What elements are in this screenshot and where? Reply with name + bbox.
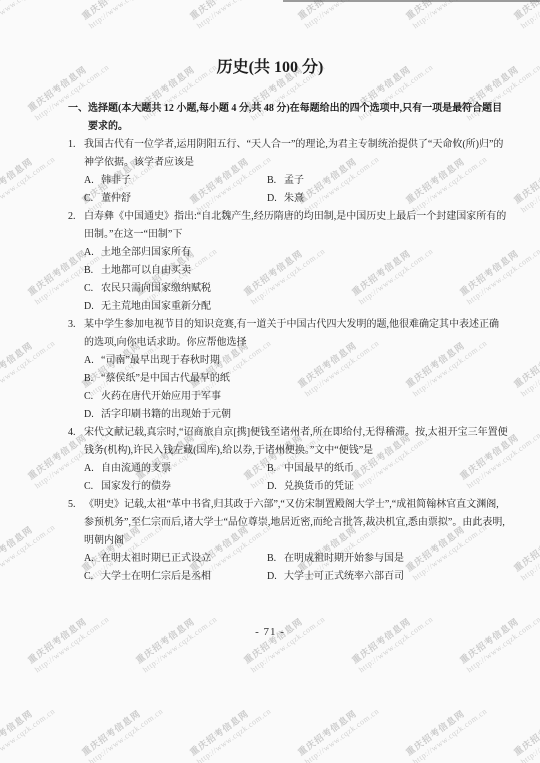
option-label: A. [84, 244, 101, 262]
watermark-site-name: 重庆招考信息网 [189, 0, 267, 21]
watermark-site-name: 重庆招考信息网 [81, 0, 159, 21]
watermark-url: http://www.cqzk.com.cn [88, 707, 165, 763]
option-label: C. [84, 568, 101, 586]
watermark-site-name: 重庆招考信息网 [189, 698, 267, 758]
option-a: A.“司南”最早出现于春秋时期 [84, 352, 508, 370]
option-label: D. [267, 190, 284, 208]
watermark-url: http://www.cqzk.com.cn [0, 707, 57, 763]
option-text: 在明成祖时期开始参与国是 [284, 553, 404, 564]
option-text: 大学士可正式统率六部百司 [284, 571, 404, 582]
watermark-tile: 重庆招考信息网http://www.cqzk.com.cn [189, 0, 273, 30]
option-a: A.自由流通的支票 [84, 460, 267, 478]
watermark-site-name: 重庆招考信息网 [513, 0, 540, 21]
option-text: 孟子 [284, 175, 304, 186]
option-text: 兑换货币的凭证 [284, 481, 354, 492]
watermark-tile: 重庆招考信息网http://www.cqzk.com.cn [297, 0, 381, 30]
question-stem: 1.我国古代有一位学者,运用阴阳五行、“天人合一”的理论,为君主专制统治提供了“… [68, 136, 508, 172]
option-label: C. [84, 478, 101, 496]
watermark-url: http://www.cqzk.com.cn [196, 0, 273, 30]
option-label: B. [84, 262, 101, 280]
watermark-tile: 重庆招考信息网http://www.cqzk.com.cn [513, 0, 540, 30]
option-label: A. [84, 550, 101, 568]
options-list: A.“司南”最早出现于春秋时期 B.“蔡侯纸”是中国古代最早的纸 C.火药在唐代… [68, 352, 508, 424]
option-d: D.兑换货币的凭证 [267, 478, 508, 496]
option-label: D. [84, 298, 101, 316]
watermark-tile: 重庆招考信息网http://www.cqzk.com.cn [81, 0, 165, 30]
question-number: 1. [68, 136, 84, 154]
question-4: 4.宋代文献记载,真宗时,“诏商旅自京[携]便钱至诸州者,所在即给付,无得稽滞。… [68, 424, 508, 496]
option-text: 自由流通的支票 [101, 463, 171, 474]
options-list: A.自由流通的支票 B.中国最早的纸币 C.国家发行的债券 D.兑换货币的凭证 [68, 460, 508, 496]
question-number: 5. [68, 496, 84, 514]
watermark-tile: 重庆招考信息网http://www.cqzk.com.cn [405, 698, 489, 763]
options-list: A.韩非子 B.孟子 C.董仲舒 D.朱熹 [68, 172, 508, 208]
watermark-url: http://www.cqzk.com.cn [304, 0, 381, 30]
option-text: 韩非子 [101, 175, 131, 186]
watermark-tile: 重庆招考信息网http://www.cqzk.com.cn [513, 698, 540, 763]
watermark-tile: 重庆招考信息网http://www.cqzk.com.cn [0, 0, 57, 30]
watermark-tile: 重庆招考信息网http://www.cqzk.com.cn [81, 698, 165, 763]
watermark-url: http://www.cqzk.com.cn [412, 0, 489, 30]
option-b: B.“蔡侯纸”是中国古代最早的纸 [84, 370, 508, 388]
watermark-site-name: 重庆招考信息网 [0, 0, 50, 21]
question-stem: 4.宋代文献记载,真宗时,“诏商旅自京[携]便钱至诸州者,所在即给付,无得稽滞。… [68, 424, 508, 460]
option-text: 朱熹 [284, 193, 304, 204]
question-stem: 2.白寿彝《中国通史》指出:“自北魏产生,经历隋唐的均田制,是中国历史上最后一个… [68, 208, 508, 244]
option-text: 在明太祖时期已正式设立 [101, 553, 211, 564]
option-text: 火药在唐代开始应用于军事 [101, 391, 221, 402]
option-a: A.在明太祖时期已正式设立 [84, 550, 267, 568]
option-text: 大学士在明仁宗后是丞相 [101, 571, 211, 582]
question-number: 3. [68, 316, 84, 334]
option-b: B.土地都可以自由买卖 [84, 262, 508, 280]
watermark-site-name: 重庆招考信息网 [405, 698, 483, 758]
option-label: B. [267, 460, 284, 478]
watermark-site-name: 重庆招考信息网 [297, 698, 375, 758]
watermark-url: http://www.cqzk.com.cn [412, 707, 489, 763]
question-2: 2.白寿彝《中国通史》指出:“自北魏产生,经历隋唐的均田制,是中国历史上最后一个… [68, 208, 508, 316]
options-list: A.土地全部归国家所有 B.土地都可以自由买卖 C.农民只需向国家缴纳赋税 D.… [68, 244, 508, 316]
watermark-tile: 重庆招考信息网http://www.cqzk.com.cn [189, 698, 273, 763]
option-text: 土地都可以自由买卖 [101, 265, 191, 276]
option-c: C.国家发行的债券 [84, 478, 267, 496]
watermark-tile: 重庆招考信息网http://www.cqzk.com.cn [0, 698, 57, 763]
question-stem-text: 宋代文献记载,真宗时,“诏商旅自京[携]便钱至诸州者,所在即给付,无得稽滞。按,… [84, 427, 508, 456]
body-column: 一、选择题(本大题共 12 小题,每小题 4 分,共 48 分)在每题给出的四个… [68, 100, 508, 586]
option-c: C.董仲舒 [84, 190, 267, 208]
option-label: A. [84, 352, 101, 370]
option-d: D.朱熹 [267, 190, 508, 208]
option-label: B. [84, 370, 101, 388]
paper-title: 历史(共 100 分) [0, 56, 540, 80]
option-b: B.在明成祖时期开始参与国是 [267, 550, 508, 568]
question-3: 3.某中学生参加电视节目的知识竞赛,有一道关于中国古代四大发明的题,他很难确定其… [68, 316, 508, 424]
question-stem-text: 白寿彝《中国通史》指出:“自北魏产生,经历隋唐的均田制,是中国历史上最后一个封建… [84, 211, 506, 240]
option-label: C. [84, 190, 101, 208]
question-stem-text: 我国古代有一位学者,运用阴阳五行、“天人合一”的理论,为君主专制统治提供了“天命… [84, 139, 503, 168]
option-a: A.土地全部归国家所有 [84, 244, 508, 262]
question-stem: 3.某中学生参加电视节目的知识竞赛,有一道关于中国古代四大发明的题,他很难确定其… [68, 316, 508, 352]
option-d: D.无主荒地由国家重新分配 [84, 298, 508, 316]
option-text: “司南”最早出现于春秋时期 [101, 355, 220, 366]
watermark-tile: 重庆招考信息网http://www.cqzk.com.cn [405, 0, 489, 30]
watermark-site-name: 重庆招考信息网 [81, 698, 159, 758]
option-label: D. [84, 406, 101, 424]
watermark-site-name: 重庆招考信息网 [297, 0, 375, 21]
section-heading: 一、选择题(本大题共 12 小题,每小题 4 分,共 48 分)在每题给出的四个… [68, 100, 508, 136]
option-label: A. [84, 460, 101, 478]
option-label: B. [267, 550, 284, 568]
option-label: C. [84, 280, 101, 298]
watermark-tile: 重庆招考信息网http://www.cqzk.com.cn [297, 698, 381, 763]
watermark-url: http://www.cqzk.com.cn [196, 707, 273, 763]
watermark-url: http://www.cqzk.com.cn [520, 0, 540, 30]
watermark-url: http://www.cqzk.com.cn [0, 0, 57, 30]
question-number: 4. [68, 424, 84, 442]
watermark-site-name: 重庆招考信息网 [0, 698, 50, 758]
option-c: C.火药在唐代开始应用于军事 [84, 388, 508, 406]
option-text: 董仲舒 [101, 193, 131, 204]
options-list: A.在明太祖时期已正式设立 B.在明成祖时期开始参与国是 C.大学士在明仁宗后是… [68, 550, 508, 586]
option-b: B.中国最早的纸币 [267, 460, 508, 478]
option-text: “蔡侯纸”是中国古代最早的纸 [101, 373, 230, 384]
watermark-url: http://www.cqzk.com.cn [304, 707, 381, 763]
question-1: 1.我国古代有一位学者,运用阴阳五行、“天人合一”的理论,为君主专制统治提供了“… [68, 136, 508, 208]
watermark-url: http://www.cqzk.com.cn [88, 0, 165, 30]
option-d: D.大学士可正式统率六部百司 [267, 568, 508, 586]
watermark-site-name: 重庆招考信息网 [513, 698, 540, 758]
question-number: 2. [68, 208, 84, 226]
option-label: B. [267, 172, 284, 190]
option-text: 无主荒地由国家重新分配 [101, 301, 211, 312]
watermark-site-name: 重庆招考信息网 [405, 0, 483, 21]
option-c: C.农民只需向国家缴纳赋税 [84, 280, 508, 298]
option-text: 中国最早的纸币 [284, 463, 354, 474]
page-number: - 71 - [0, 623, 540, 641]
option-label: D. [267, 478, 284, 496]
option-c: C.大学士在明仁宗后是丞相 [84, 568, 267, 586]
option-label: D. [267, 568, 284, 586]
watermark-url: http://www.cqzk.com.cn [520, 707, 540, 763]
option-text: 国家发行的债券 [101, 481, 171, 492]
option-text: 农民只需向国家缴纳赋税 [101, 283, 211, 294]
exam-content: 历史(共 100 分) 一、选择题(本大题共 12 小题,每小题 4 分,共 4… [0, 56, 540, 641]
exam-paper-page: 重庆招考信息网http://www.cqzk.com.cn重庆招考信息网http… [0, 0, 540, 763]
option-b: B.孟子 [267, 172, 508, 190]
question-stem-text: 《明史》记载,太祖“革中书省,归其政于六部”,“又仿宋制置殿阁大学士”,“成祖简… [84, 499, 505, 546]
option-text: 土地全部归国家所有 [101, 247, 191, 258]
question-stem: 5.《明史》记载,太祖“革中书省,归其政于六部”,“又仿宋制置殿阁大学士”,“成… [68, 496, 508, 550]
option-d: D.活字印刷书籍的出现始于元朝 [84, 406, 508, 424]
option-a: A.韩非子 [84, 172, 267, 190]
option-label: C. [84, 388, 101, 406]
option-text: 活字印刷书籍的出现始于元朝 [101, 409, 231, 420]
option-label: A. [84, 172, 101, 190]
scan-edge-line [283, 0, 540, 2]
question-stem-text: 某中学生参加电视节目的知识竞赛,有一道关于中国古代四大发明的题,他很难确定其中表… [84, 319, 499, 348]
question-5: 5.《明史》记载,太祖“革中书省,归其政于六部”,“又仿宋制置殿阁大学士”,“成… [68, 496, 508, 586]
